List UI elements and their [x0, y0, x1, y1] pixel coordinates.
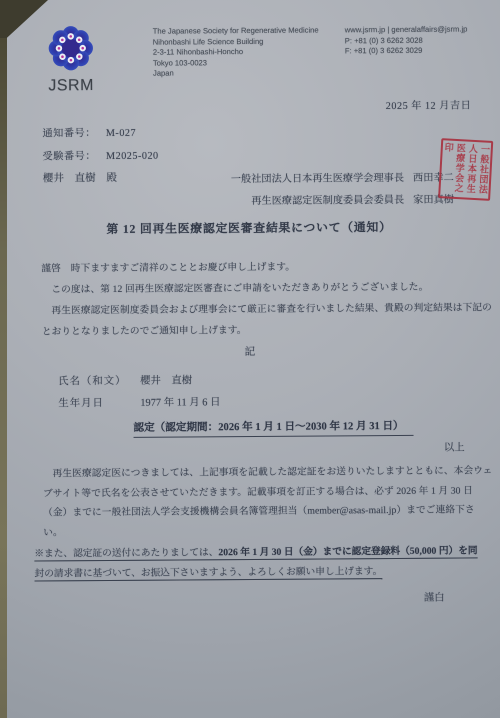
- company-seal-stamp-icon: 一般社団法人日本再生医療学会之印: [438, 138, 493, 201]
- contact-line: www.jsrm.jp | generalaffairs@jsrm.jp: [345, 24, 468, 35]
- body-line: い。: [43, 524, 63, 538]
- photographed-letter: JSRM The Japanese Society for Regenerati…: [0, 0, 500, 718]
- notice-number-label: 通知番号：: [42, 128, 96, 139]
- document-date: 2025 年 12 月吉日: [386, 96, 472, 112]
- field-label-birthdate: 生年月日: [58, 394, 104, 409]
- field-label-name: 氏名（和文）: [58, 372, 126, 387]
- sender-president: 一般社団法人日本再生医療学会理事長西田幸二: [231, 169, 454, 186]
- address-line: The Japanese Society for Regenerative Me…: [153, 26, 319, 38]
- body-line: 謹啓 時下ますますご清祥のこととお慶び申し上げます。: [41, 259, 295, 275]
- letter-page: JSRM The Japanese Society for Regenerati…: [0, 0, 500, 718]
- body-line: ブサイト等で氏名を公表させていただきます。記載事項を訂正する場合は、必ず 202…: [43, 482, 473, 499]
- exam-number-row: 受験番号：M2025-020: [43, 147, 159, 163]
- document-title: 第 12 回再生医療認定医審査結果について（通知）: [0, 217, 499, 237]
- address-line: Japan: [153, 68, 319, 80]
- letterhead-contact: www.jsrm.jp | generalaffairs@jsrm.jp P: …: [345, 24, 468, 57]
- sender-title: 再生医療認定医制度委員会委員長: [251, 195, 404, 207]
- fee-note-line: ※また、認定証の送付にあたりましては、2026 年 1 月 30 日（金）までに…: [34, 542, 477, 559]
- field-value-name: 櫻井 直樹: [140, 371, 192, 386]
- body-line: この度は、第 12 回再生医療認定医審査にご申請をいただきありがとうございました…: [41, 279, 428, 296]
- ijou-marker: 以上: [444, 439, 465, 454]
- exam-number-label: 受験番号：: [43, 151, 97, 162]
- fee-note-normal: ※また、認定証の送付にあたりましては、: [34, 547, 218, 559]
- jsrm-logo: JSRM: [36, 21, 107, 95]
- certification-result: 認定（認定期間：2026 年 1 月 1 日～2030 年 12 月 31 日）: [133, 418, 413, 438]
- exam-number-value: M2025-020: [106, 151, 159, 162]
- sender-title: 一般社団法人日本再生医療学会理事長: [231, 173, 404, 185]
- sender-committee-chair: 再生医療認定医制度委員会委員長家田真樹: [251, 191, 454, 207]
- body-line: 再生医療認定医につきましては、上記事項を記載した認定証をお送りいたしますとともに…: [43, 462, 493, 479]
- fee-note-bold: 2026 年 1 月 30 日（金）までに認定登録料（50,000 円）を同: [218, 545, 477, 558]
- body-line: とおりとなりましたのでご通知申し上げます。: [42, 322, 247, 337]
- fee-note-line: 封の請求書に基づいて、お振込下さいますよう、よろしくお願い申し上げます。: [34, 563, 382, 579]
- logo-wordmark: JSRM: [36, 77, 106, 95]
- recipient-name: 櫻井 直樹 殿: [43, 170, 117, 186]
- notice-number-row: 通知番号：M-027: [42, 124, 136, 140]
- letterhead-address: The Japanese Society for Regenerative Me…: [153, 26, 319, 80]
- ki-marker: 記: [0, 342, 500, 360]
- closing-salutation: 謹白: [424, 589, 445, 604]
- notice-number-value: M-027: [106, 128, 136, 139]
- body-line: （金）までに一般社団法人学会支援機構会員名簿管理担当（member@asas-m…: [43, 501, 475, 518]
- contact-line: F: +81 (0) 3 6262 3029: [345, 46, 468, 57]
- seal-text: 一般社団法人日本再生医療学会之印: [440, 142, 491, 197]
- jsrm-flower-logo-icon: [44, 21, 98, 75]
- body-line: 再生医療認定医制度委員会および理事会にて厳正に審査を行いました結果、貴殿の判定結…: [42, 299, 492, 316]
- field-value-birthdate: 1977 年 11 月 6 日: [140, 393, 220, 409]
